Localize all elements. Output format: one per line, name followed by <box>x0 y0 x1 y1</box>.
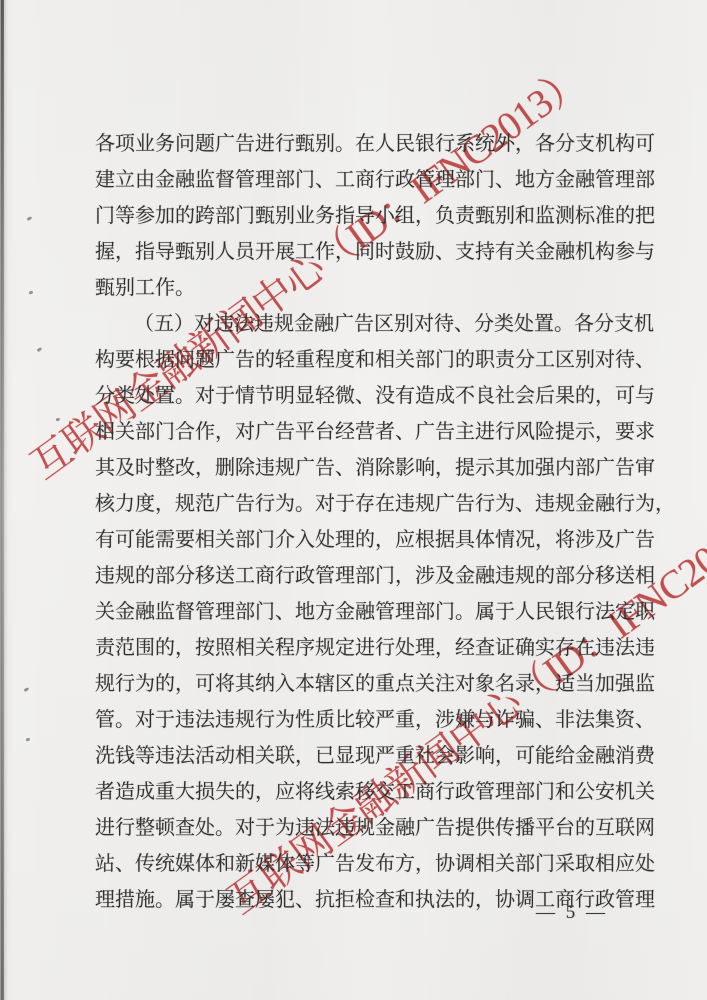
body-line: 门等参加的跨部门甄别业务指导小组，负责甄别和监测标准的把 <box>95 198 655 234</box>
document-page: 互联网金融新闻中心（ID：IFNC2013） 互联网金融新闻中心（ID：IFNC… <box>0 0 707 1000</box>
scanned-document: { "page": { "page_number": "— 5 —", "bac… <box>0 0 707 1000</box>
body-line: 分类处置。对于情节明显轻微、没有造成不良社会后果的，可与 <box>95 378 655 414</box>
scan-speck <box>26 737 31 741</box>
scan-speck <box>56 417 61 421</box>
scan-left-edge-line <box>1 0 4 1000</box>
page-number: — 5 — <box>536 902 608 924</box>
body-line-section-5-heading: （五）对违法违规金融广告区别对待、分类处置。各分支机 <box>95 306 655 342</box>
body-line: 构要根据问题广告的轻重程度和相关部门的职责分工区别对待、 <box>95 342 655 378</box>
body-line: 建立由金融监督管理部门、工商行政管理部门、地方金融管理部 <box>95 162 655 198</box>
body-line: 核力度，规范广告行为。对于存在违规广告行为、违规金融行为， <box>95 486 655 522</box>
body-line: 各项业务问题广告进行甄别。在人民银行系统外，各分支机构可 <box>95 126 655 162</box>
body-line: 规行为的，可将其纳入本辖区的重点关注对象名录，适当加强监 <box>95 666 655 702</box>
body-line: 有可能需要相关部门介入处理的，应根据具体情况，将涉及广告 <box>95 522 655 558</box>
scan-speck <box>27 216 33 221</box>
scan-speck <box>37 347 43 352</box>
body-line: 握，指导甄别人员开展工作，同时鼓励、支持有关金融机构参与 <box>95 234 655 270</box>
scan-speck <box>29 290 34 294</box>
body-line: 责范围的，按照相关程序规定进行处理，经查证确实存在违法违 <box>95 630 655 666</box>
scan-speck <box>24 687 30 692</box>
body-line: 相关部门合作，对广告平台经营者、广告主进行风险提示，要求 <box>95 414 655 450</box>
body-line: 甄别工作。 <box>95 270 655 306</box>
body-line: 洗钱等违法活动相关联，已显现严重社会影响，可能给金融消费 <box>95 738 655 774</box>
body-line: 者造成重大损失的，应将线索移交工商行政管理部门和公安机关 <box>95 774 655 810</box>
body-line: 进行整顿查处。对于为违法违规金融广告提供传播平台的互联网 <box>95 810 655 846</box>
body-line: 管。对于违法违规行为性质比较严重，涉嫌与诈骗、非法集资、 <box>95 702 655 738</box>
body-line: 站、传统媒体和新媒体等广告发布方，协调相关部门采取相应处 <box>95 846 655 882</box>
body-line: 违规的部分移送工商行政管理部门，涉及金融违规的部分移送相 <box>95 558 655 594</box>
body-text: 各项业务问题广告进行甄别。在人民银行系统外，各分支机构可 建立由金融监督管理部门… <box>95 126 655 918</box>
body-line: 关金融监督管理部门、地方金融管理部门。属于人民银行法定职 <box>95 594 655 630</box>
body-line: 其及时整改，删除违规广告、消除影响，提示其加强内部广告审 <box>95 450 655 486</box>
